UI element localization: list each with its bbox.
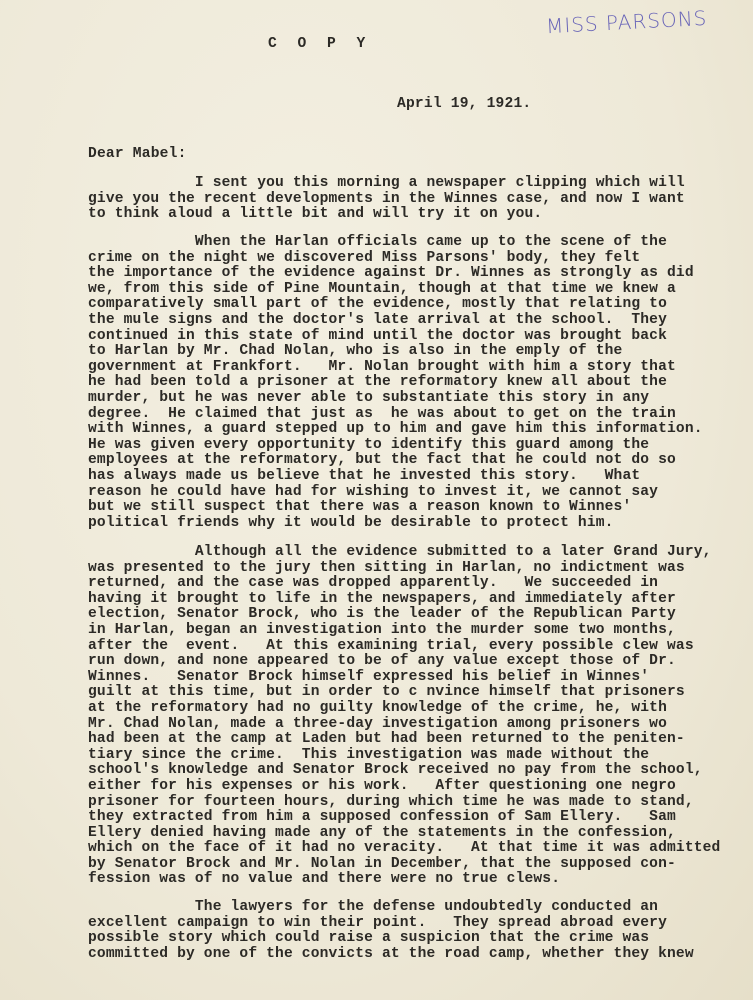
text-line: to think aloud a little bit and will try… [88, 207, 685, 223]
text-line: guilt at this time, but in order to c nv… [88, 685, 720, 701]
paragraph-3: Although all the evidence submitted to a… [88, 545, 720, 888]
text-line: degree. He claimed that just as he was a… [88, 407, 703, 423]
text-line: run down, and none appeared to be of any… [88, 654, 720, 670]
text-line: prisoner for fourteen hours, during whic… [88, 795, 720, 811]
text-line: has always made us believe that he inves… [88, 469, 703, 485]
text-line: the importance of the evidence against D… [88, 266, 703, 282]
text-line: which on the face of it had no veracity.… [88, 841, 720, 857]
letter-date: April 19, 1921. [397, 96, 531, 112]
text-line: having it brought to life in the newspap… [88, 592, 720, 608]
paragraph-2: When the Harlan officials came up to the… [88, 235, 703, 531]
text-line: comparatively small part of the evidence… [88, 297, 703, 313]
text-line: either for his expenses or his work. Aft… [88, 779, 720, 795]
text-line: excellent campaign to win their point. T… [88, 916, 694, 932]
text-line: election, Senator Brock, who is the lead… [88, 607, 720, 623]
text-line: possible story which could raise a suspi… [88, 931, 694, 947]
text-line: by Senator Brock and Mr. Nolan in Decemb… [88, 857, 720, 873]
text-line: give you the recent developments in the … [88, 192, 685, 208]
text-line: we, from this side of Pine Mountain, tho… [88, 282, 703, 298]
text-line: murder, but he was never able to substan… [88, 391, 703, 407]
text-line: with Winnes, a guard stepped up to him a… [88, 422, 703, 438]
text-line: after the event. At this examining trial… [88, 639, 720, 655]
text-line: in Harlan, began an investigation into t… [88, 623, 720, 639]
text-line: the mule signs and the doctor's late arr… [88, 313, 703, 329]
text-line: committed by one of the convicts at the … [88, 947, 694, 963]
text-line: I sent you this morning a newspaper clip… [88, 176, 685, 192]
handwritten-note: MISS PARSONS [545, 6, 707, 38]
copy-header: C O P Y [268, 36, 371, 52]
text-line: reason he could have had for wishing to … [88, 485, 703, 501]
salutation: Dear Mabel: [88, 146, 187, 162]
text-line: Mr. Chad Nolan, made a three-day investi… [88, 717, 720, 733]
text-line: He was given every opportunity to identi… [88, 438, 703, 454]
paragraph-4: The lawyers for the defense undoubtedly … [88, 900, 694, 962]
text-line: Winnes. Senator Brock himself expressed … [88, 670, 720, 686]
text-line: crime on the night we discovered Miss Pa… [88, 251, 703, 267]
text-line: had been at the camp at Laden but had be… [88, 732, 720, 748]
text-line: Although all the evidence submitted to a… [88, 545, 720, 561]
text-line: they extracted from him a supposed confe… [88, 810, 720, 826]
text-line: he had been told a prisoner at the refor… [88, 375, 703, 391]
text-line: returned, and the case was dropped appar… [88, 576, 720, 592]
text-line: tiary since the crime. This investigatio… [88, 748, 720, 764]
text-line: political friends why it would be desira… [88, 516, 703, 532]
text-line: When the Harlan officials came up to the… [88, 235, 703, 251]
text-line: fession was of no value and there were n… [88, 872, 720, 888]
text-line: at the reformatory had no guilty knowled… [88, 701, 720, 717]
text-line: The lawyers for the defense undoubtedly … [88, 900, 694, 916]
text-line: Ellery denied having made any of the sta… [88, 826, 720, 842]
paragraph-1: I sent you this morning a newspaper clip… [88, 176, 685, 223]
text-line: was presented to the jury then sitting i… [88, 561, 720, 577]
text-line: government at Frankfort. Mr. Nolan broug… [88, 360, 703, 376]
letter-page: C O P Y MISS PARSONS April 19, 1921. Dea… [0, 0, 753, 1000]
text-line: but we still suspect that there was a re… [88, 500, 703, 516]
text-line: to Harlan by Mr. Chad Nolan, who is also… [88, 344, 703, 360]
text-line: employees at the reformatory, but the fa… [88, 453, 703, 469]
text-line: continued in this state of mind until th… [88, 329, 703, 345]
text-line: school's knowledge and Senator Brock rec… [88, 763, 720, 779]
